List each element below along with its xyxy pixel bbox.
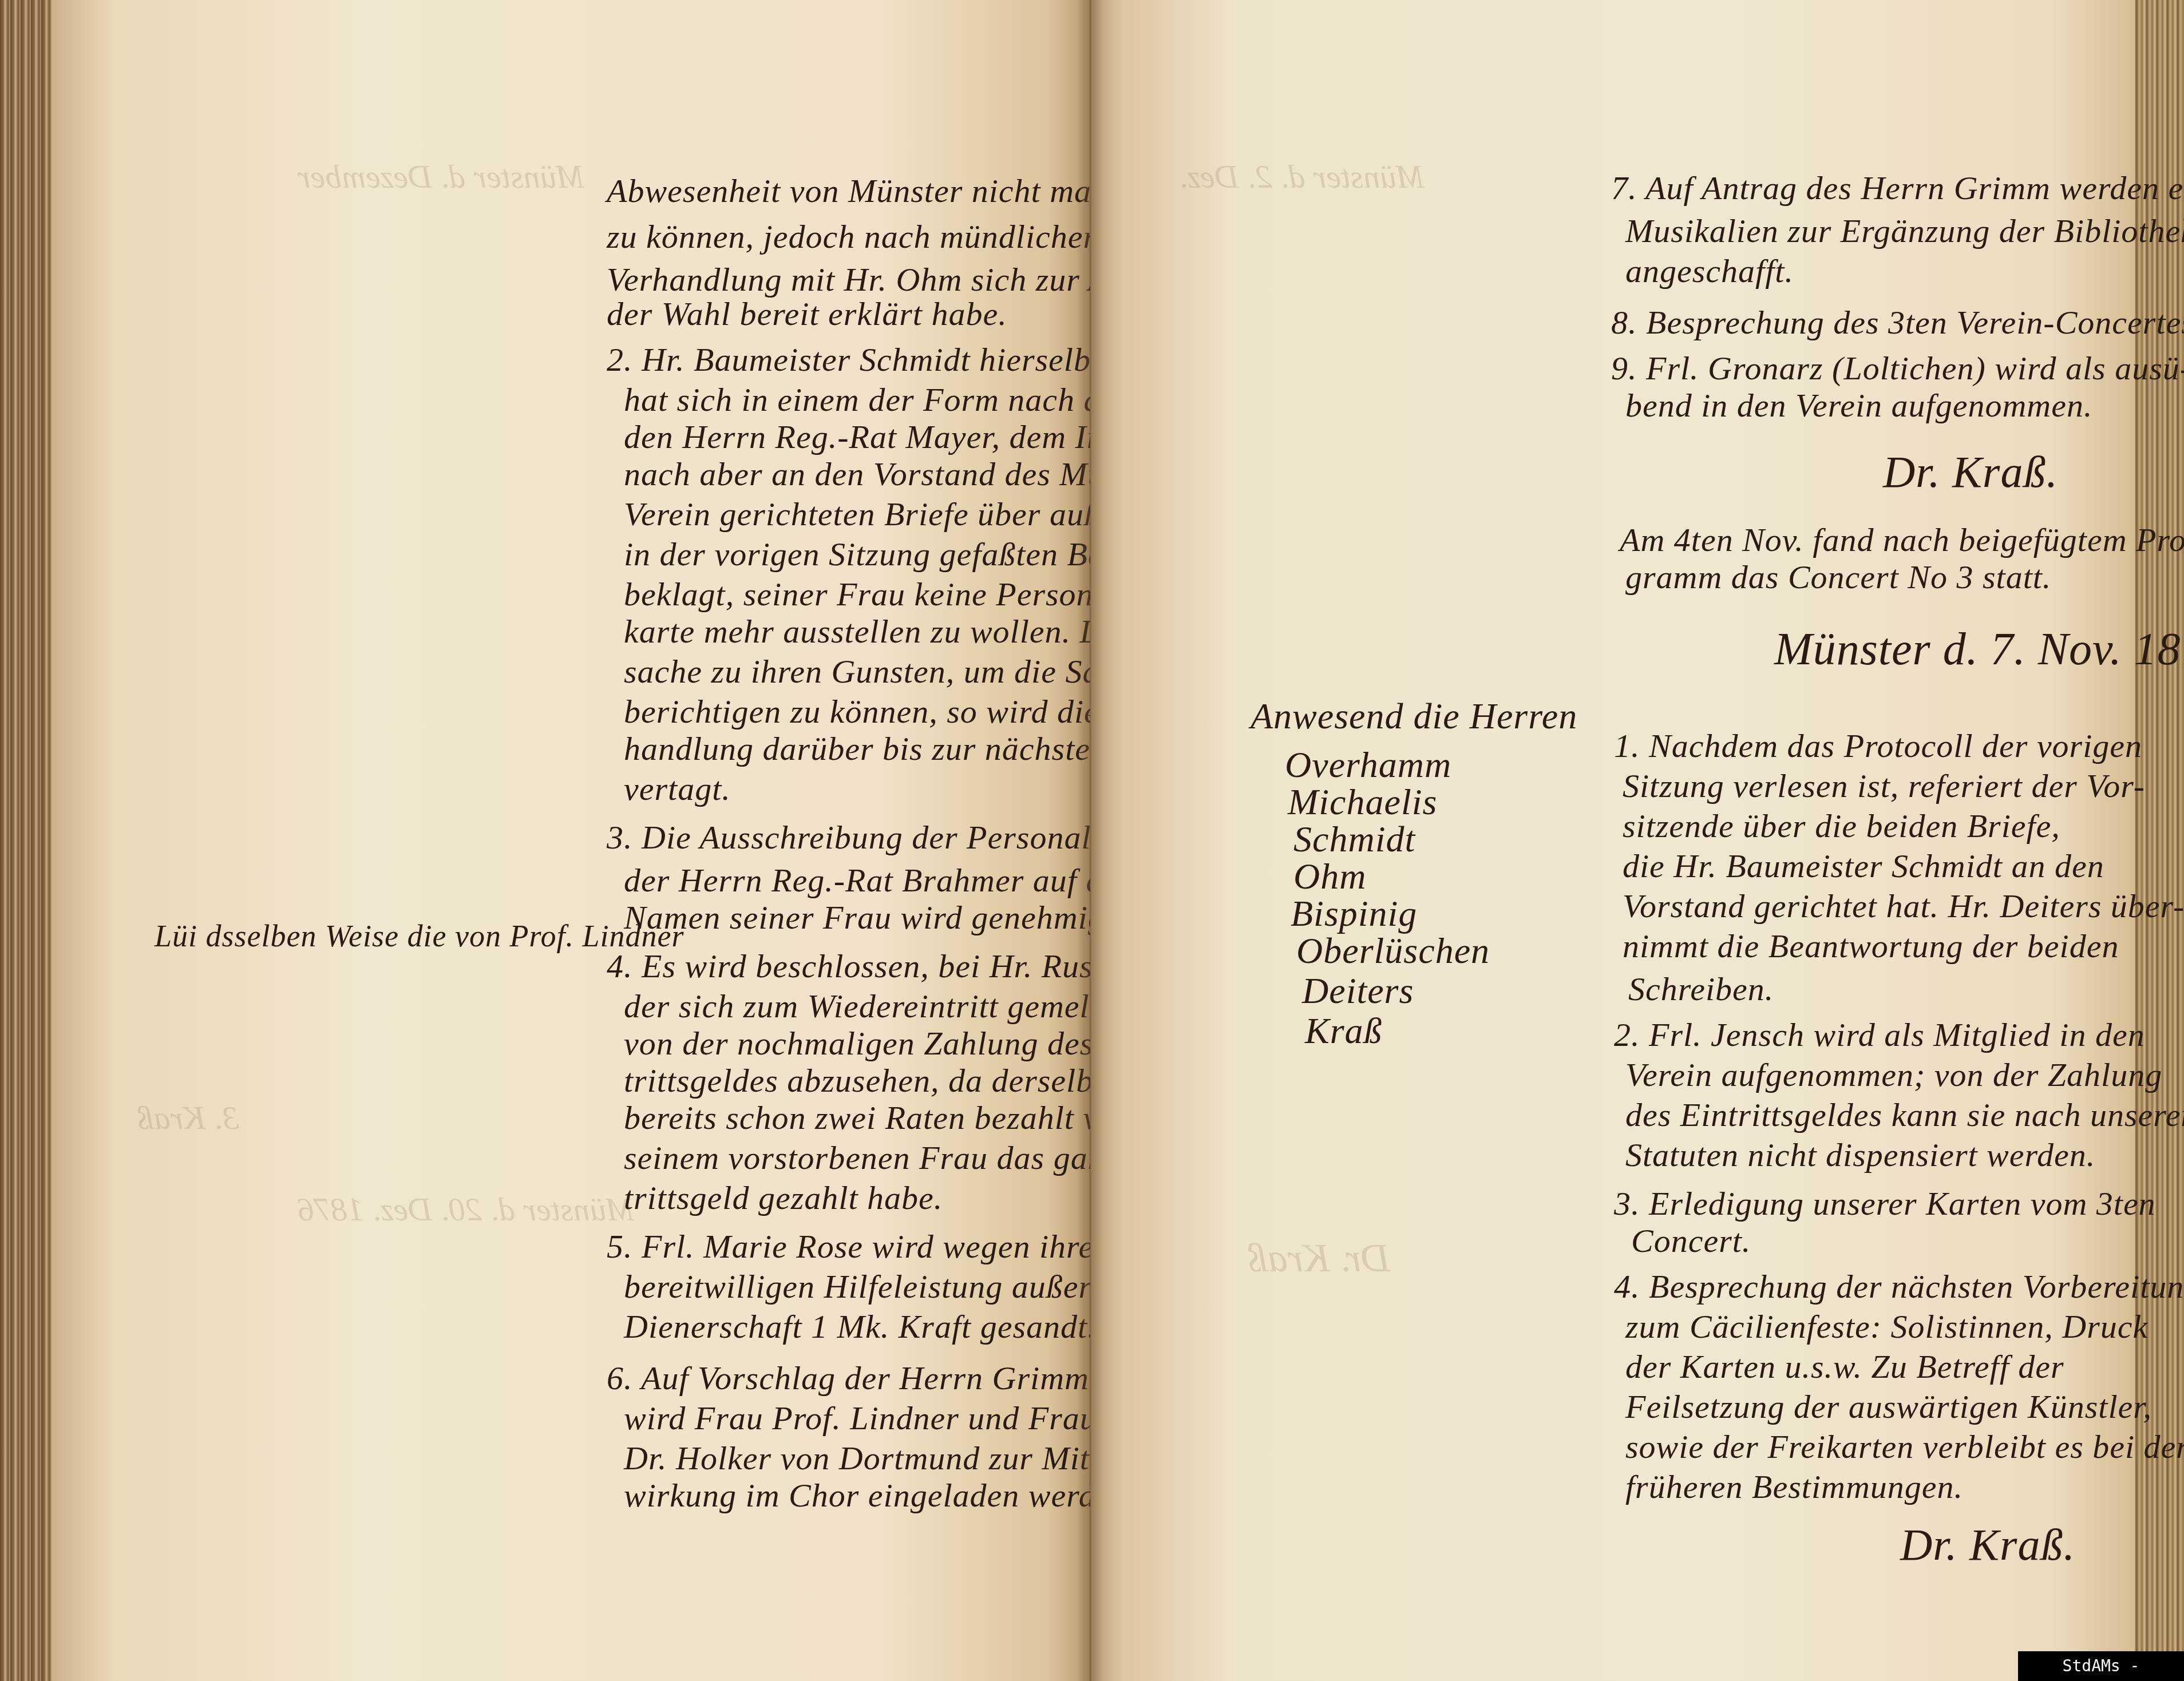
date-heading: Münster d. 7. Nov. 1876 [1774,624,2184,676]
text-line: zum Cäcilienfeste: Solistinnen, Druck [1625,1307,2148,1346]
attendance-heading: Anwesend die Herren [1251,695,1577,738]
text-line: früheren Bestimmungen. [1625,1468,1963,1506]
attendee-name: Ohm [1293,855,1366,898]
text-line: Namen seiner Frau wird genehmigt. [624,898,1123,937]
bleed-through-text: Münster d. Dezember [298,157,584,196]
text-line: Am 4ten Nov. fand nach beigefügtem Pro- [1620,521,2184,559]
text-line: Sitzung verlesen ist, referiert der Vor- [1623,767,2145,805]
text-line: beklagt, seiner Frau keine Personal- [624,575,1132,613]
text-line: Statuten nicht dispensiert werden. [1625,1136,2095,1174]
text-line: hat sich in einem der Form nach an [624,380,1118,419]
text-line: Dienerschaft 1 Mk. Kraft gesandt. [624,1307,1097,1346]
text-line: gramm das Concert No 3 statt. [1625,558,2051,596]
text-line: 7. Auf Antrag des Herrn Grimm werden ein… [1611,169,2184,207]
bleed-through-text: Münster d. 2. Dez. [1179,157,1425,196]
bleed-through-text: 3. Kraß [137,1099,239,1137]
text-line: vertagt. [624,770,731,808]
text-line: 1. Nachdem das Protocoll der vorigen [1614,727,2142,765]
attendee-name: Deiters [1302,970,1414,1012]
text-line: 4. Besprechung der nächsten Vorbereitung… [1614,1267,2184,1306]
attendee-name: Michaelis [1288,781,1437,823]
text-line: 8. Besprechung des 3ten Verein-Concertes… [1611,303,2184,342]
book-spread: Münster d. Dezember 3. Kraß Münster d. 2… [0,0,2184,1681]
text-line: angeschafft. [1625,252,1794,290]
text-line: Schreiben. [1628,970,1774,1008]
text-line: der Karten u.s.w. Zu Betreff der [1625,1347,2064,1386]
text-line: des Eintrittsgeldes kann sie nach unsere… [1625,1096,2184,1134]
text-line: der sich zum Wiedereintritt gemeldet, [624,987,1141,1025]
text-line: 4. Es wird beschlossen, bei Hr. Russel, [607,947,1141,985]
text-line: der Herrn Reg.-Rat Brahmer auf den [624,861,1135,899]
signature: Dr. Kraß. [1900,1519,2075,1571]
text-line: Concert. [1631,1222,1751,1260]
text-line: 9. Frl. Gronarz (Loltichen) wird als aus… [1611,349,2184,387]
text-line: 6. Auf Vorschlag der Herrn Grimm [607,1359,1089,1397]
text-line: der Wahl bereit erklärt habe. [607,295,1007,333]
text-line: Feilsetzung der auswärtigen Künstler, [1625,1387,2152,1426]
margin-note: Lüi dsselben Weise die von Prof. Lindner [155,918,684,954]
text-line: 2. Hr. Baumeister Schmidt hierselbst [607,340,1114,379]
text-line: 5. Frl. Marie Rose wird wegen ihrer [607,1227,1107,1266]
text-line: Dr. Holker von Dortmund zur Mit- [624,1439,1101,1477]
text-line: sitzende über die beiden Briefe, [1623,807,2060,845]
text-line: bereits schon zwei Raten bezahlt vor [624,1099,1129,1137]
attendee-name: Kraß [1305,1010,1383,1052]
text-line: trittsgeld gezahlt habe. [624,1179,943,1217]
bleed-through-text: Münster d. 20. Dez. 1876 [298,1190,634,1228]
archive-watermark: StdAMs - MV_002a_294 [2018,1651,2184,1681]
signature: Dr. Kraß. [1883,446,2058,498]
gutter [1076,0,1105,1681]
text-line: wirkung im Chor eingeladen werden. [624,1476,1137,1515]
text-line: Musikalien zur Ergänzung der Bibliothek [1625,212,2184,250]
text-line: zu können, jedoch nach mündlicher [607,217,1097,256]
text-line: 3. Erledigung unserer Karten vom 3ten [1614,1184,2156,1223]
text-line: Abwesenheit von Münster nicht machen [607,172,1157,210]
text-line: nimmt die Beantwortung der beiden [1623,927,2119,965]
attendee-name: Overhamm [1285,744,1451,786]
attendee-name: Schmidt [1293,818,1415,861]
text-line: Verein gerichteten Briefe über außer [624,495,1130,533]
text-line: Vorstand gerichtet hat. Hr. Deiters über… [1623,887,2184,925]
attendee-name: Bispinig [1291,893,1417,935]
text-line: die Hr. Baumeister Schmidt an den [1623,847,2104,885]
text-line: bend in den Verein aufgenommen. [1625,386,2093,425]
attendee-name: Oberlüschen [1296,930,1490,972]
text-line: Verein aufgenommen; von der Zahlung [1625,1056,2162,1094]
text-line: 2. Frl. Jensch wird als Mitglied in den [1614,1016,2145,1054]
text-line: sowie der Freikarten verbleibt es bei de… [1625,1428,2184,1466]
bleed-through-text: Dr. Kraß [1248,1236,1390,1282]
text-line: wird Frau Prof. Lindner und Frau [624,1399,1097,1437]
